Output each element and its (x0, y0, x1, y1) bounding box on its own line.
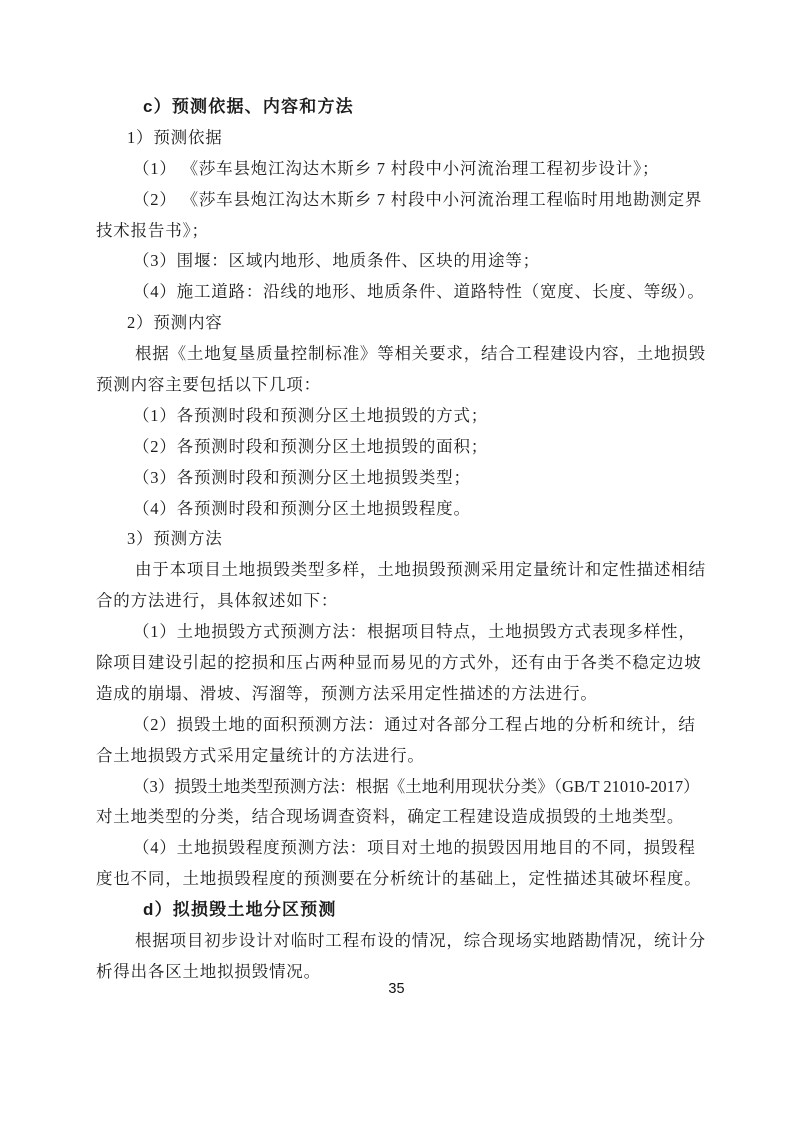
text-line: 2）预测内容 (96, 308, 704, 339)
text-line: （2）各预测时段和预测分区土地损毁的面积； (96, 432, 704, 463)
section-heading: d）拟损毁土地分区预测 (96, 895, 704, 926)
text-line: （4）施工道路：沿线的地形、地质条件、道路特性（宽度、长度、等级）。 (96, 277, 704, 308)
text-line: （4）土地损毁程度预测方法：项目对土地的损毁因用地目的不同，损毁程 (96, 833, 704, 864)
text-line: （1）各预测时段和预测分区土地损毁的方式； (96, 401, 704, 432)
text-line: 1）预测依据 (96, 123, 704, 154)
text-line: 度也不同，土地损毁程度的预测要在分析统计的基础上，定性描述其破坏程度。 (96, 864, 704, 895)
text-line: 造成的崩塌、滑坡、泻溜等，预测方法采用定性描述的方法进行。 (96, 679, 704, 710)
document-page: c）预测依据、内容和方法1）预测依据（1） 《莎车县炮江沟达木斯乡 7 村段中小… (0, 0, 793, 1122)
text-line: 预测内容主要包括以下几项： (96, 370, 704, 401)
text-line: 3）预测方法 (96, 524, 704, 555)
section-heading: c）预测依据、内容和方法 (96, 92, 704, 123)
text-line: 合土地损毁方式采用定量统计的方法进行。 (96, 741, 704, 772)
text-line: 合的方法进行，具体叙述如下： (96, 586, 704, 617)
text-line: （2） 《莎车县炮江沟达木斯乡 7 村段中小河流治理工程临时用地勘测定界 (96, 185, 704, 216)
text-line: （3）各预测时段和预测分区土地损毁类型； (96, 463, 704, 494)
text-body: c）预测依据、内容和方法1）预测依据（1） 《莎车县炮江沟达木斯乡 7 村段中小… (96, 92, 704, 988)
text-line: 根据《土地复垦质量控制标准》等相关要求，结合工程建设内容，土地损毁 (96, 339, 704, 370)
text-line: 根据项目初步设计对临时工程布设的情况，综合现场实地踏勘情况，统计分 (96, 926, 704, 957)
text-line: 除项目建设引起的挖损和压占两种显而易见的方式外，还有由于各类不稳定边坡 (96, 648, 704, 679)
text-line: （3）围堰：区域内地形、地质条件、区块的用途等； (96, 246, 704, 277)
text-line: （2）损毁土地的面积预测方法：通过对各部分工程占地的分析和统计，结 (96, 710, 704, 741)
text-line: 由于本项目土地损毁类型多样，土地损毁预测采用定量统计和定性描述相结 (96, 555, 704, 586)
text-line: （1）土地损毁方式预测方法：根据项目特点，土地损毁方式表现多样性， (96, 617, 704, 648)
text-line: 技术报告书》； (96, 216, 704, 247)
text-line: （1） 《莎车县炮江沟达木斯乡 7 村段中小河流治理工程初步设计》； (96, 154, 704, 185)
text-line: （4）各预测时段和预测分区土地损毁程度。 (96, 494, 704, 525)
text-line: 对土地类型的分类，结合现场调查资料，确定工程建设造成损毁的土地类型。 (96, 802, 704, 833)
page-number: 35 (0, 981, 793, 997)
text-line: （3）损毁土地类型预测方法：根据《土地利用现状分类》（GB/T 21010-20… (96, 772, 704, 803)
